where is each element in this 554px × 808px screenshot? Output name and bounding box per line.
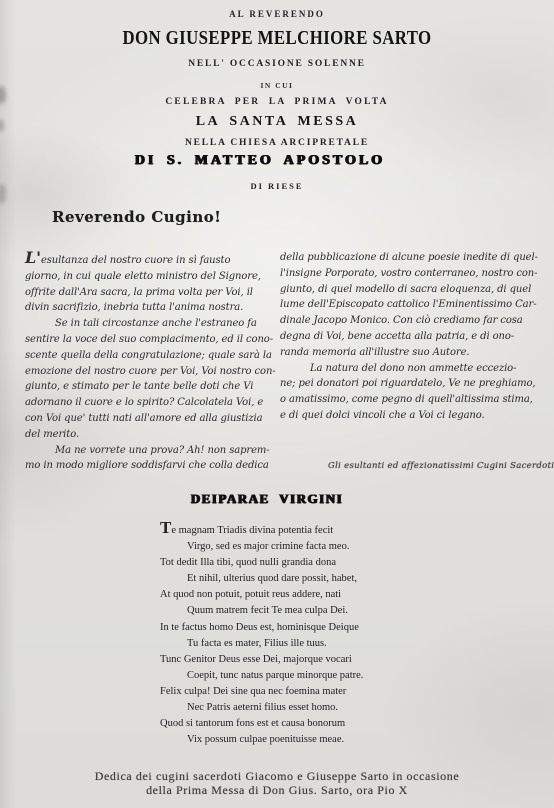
letter-line: degna di Voi, bene accetta alla patria, … bbox=[280, 329, 534, 345]
letter-line: lume dell'Episcopato cattolico l'Eminent… bbox=[280, 297, 534, 313]
poem-block: Te magnam Triadis divina potentia fecit … bbox=[160, 520, 400, 748]
poem-line: At quod non potuit, potuit reus addere, … bbox=[160, 587, 400, 603]
letter-line: Ma ne vorrete una prova? Ah! non saprem- bbox=[25, 443, 275, 459]
celebra-line: CELEBRA PER LA PRIMA VOLTA bbox=[0, 97, 554, 107]
poem-line: Et nihil, ulterius quod dare possit, hab… bbox=[160, 571, 400, 587]
letter-line: l'insigne Porporato, vostro conterraneo,… bbox=[280, 266, 534, 282]
letter-line: giunto, di quel modello di sacra eloquen… bbox=[280, 282, 534, 298]
recipient-title-text: DON GIUSEPPE MELCHIORE SARTO bbox=[122, 27, 431, 50]
poem-line: Felix culpa! Dei sine qua nec foemina ma… bbox=[160, 684, 400, 700]
letter-line: o amatissimo, come pegno di quell'altiss… bbox=[280, 392, 534, 408]
letter-line: adornano il cuore e lo spirito? Calcolat… bbox=[25, 395, 275, 411]
poem-line: Tunc Genitor Deus esse Dei, majorque voc… bbox=[160, 652, 400, 668]
santa-messa-line: LA SANTA MESSA bbox=[0, 114, 554, 130]
dedication-to-line: AL REVERENDO bbox=[0, 9, 554, 19]
editorial-caption: Dedica dei cugini sacerdoti Giacomo e Gi… bbox=[0, 770, 554, 797]
letter-line: dinale Jacopo Monico. Con ciò crediamo f… bbox=[280, 313, 534, 329]
letter-right-column: della pubblicazione di alcune poesie ine… bbox=[280, 250, 534, 424]
poem-line: Coepit, tunc natus parque minorque patre… bbox=[160, 668, 400, 684]
letter-line: della pubblicazione di alcune poesie ine… bbox=[280, 250, 534, 266]
signature-line: Gli esultanti ed affezionatissimi Cugini… bbox=[328, 461, 538, 471]
caption-line-1: Dedica dei cugini sacerdoti Giacomo e Gi… bbox=[0, 770, 554, 784]
poem-line: Quod si tantorum fons est et causa bonor… bbox=[160, 716, 400, 732]
letter-salutation: Reverendo Cugino! bbox=[52, 208, 221, 226]
chiesa-line: NELLA CHIESA ARCIPRETALE bbox=[0, 138, 554, 148]
letter-line: randa memoria all'illustre suo Autore. bbox=[280, 345, 534, 361]
poem-line: Tot dedit Illa tibi, quod nulli grandia … bbox=[160, 555, 400, 571]
letter-line: sentire la voce del suo compiacimento, e… bbox=[25, 332, 275, 348]
letter-line: giunto, e stimato per le tante belle dot… bbox=[25, 379, 275, 395]
in-cui-line: IN CUI bbox=[0, 81, 554, 90]
parrocchia-line: DI S. MATTEO APOSTOLO bbox=[0, 153, 537, 169]
poem-line: Te magnam Triadis divina potentia fecit bbox=[160, 520, 400, 539]
letter-line: divin sacrifizio, inebria tutta l'anima … bbox=[25, 300, 275, 316]
recipient-title: DON GIUSEPPE MELCHIORE SARTO bbox=[0, 27, 554, 50]
poem-line: Nec Patris aeterni filius esset homo. bbox=[160, 700, 400, 716]
poem-line: Virgo, sed es major crimine facta meo. bbox=[160, 539, 400, 555]
luogo-line: DI RIESE bbox=[0, 181, 554, 191]
letter-left-column: L'esultanza del nostro cuore in sì faust… bbox=[25, 250, 275, 474]
letter-line: ne; pei donatori poi riguardatelo, Ve ne… bbox=[280, 376, 534, 392]
letter-line: Se in tali circostanze anche l'estraneo … bbox=[25, 316, 275, 332]
poem-line: Tu facta es mater, Filius ille tuus. bbox=[160, 636, 400, 652]
letter-line: L'esultanza del nostro cuore in sì faust… bbox=[25, 250, 275, 269]
letter-line: La natura del dono non ammette eccezio- bbox=[280, 361, 534, 377]
letter-line: e di quei dolci vincoli che a Voi ci leg… bbox=[280, 408, 534, 424]
letter-line: giorno, in cui quale eletto ministro del… bbox=[25, 269, 275, 285]
letter-line: con Voi que' tutti nati all'amore ed all… bbox=[25, 411, 275, 427]
scanned-document-page: AL REVERENDO DON GIUSEPPE MELCHIORE SART… bbox=[0, 0, 554, 808]
letter-line: scente quella della congratulazione; qua… bbox=[25, 348, 275, 364]
poem-title: DEIPARAE VIRGINI bbox=[0, 491, 544, 507]
letter-line: emozione del nostro cuore per Voi, Voi n… bbox=[25, 364, 275, 380]
poem-line: Quum matrem fecit Te mea culpa Dei. bbox=[160, 603, 400, 619]
letter-line: offrite dall'Ara sacra, la prima volta p… bbox=[25, 285, 275, 301]
caption-line-2: della Prima Messa di Don Gius. Sarto, or… bbox=[0, 784, 554, 798]
poem-line: In te factus homo Deus est, hominisque D… bbox=[160, 620, 400, 636]
occasion-line: NELL' OCCASIONE SOLENNE bbox=[0, 59, 554, 69]
letter-line: mo in modo migliore soddisfarvi che coll… bbox=[25, 458, 275, 474]
poem-line: Vix possum culpae poenituisse meae. bbox=[160, 732, 400, 748]
letter-line: del merito. bbox=[25, 427, 275, 443]
